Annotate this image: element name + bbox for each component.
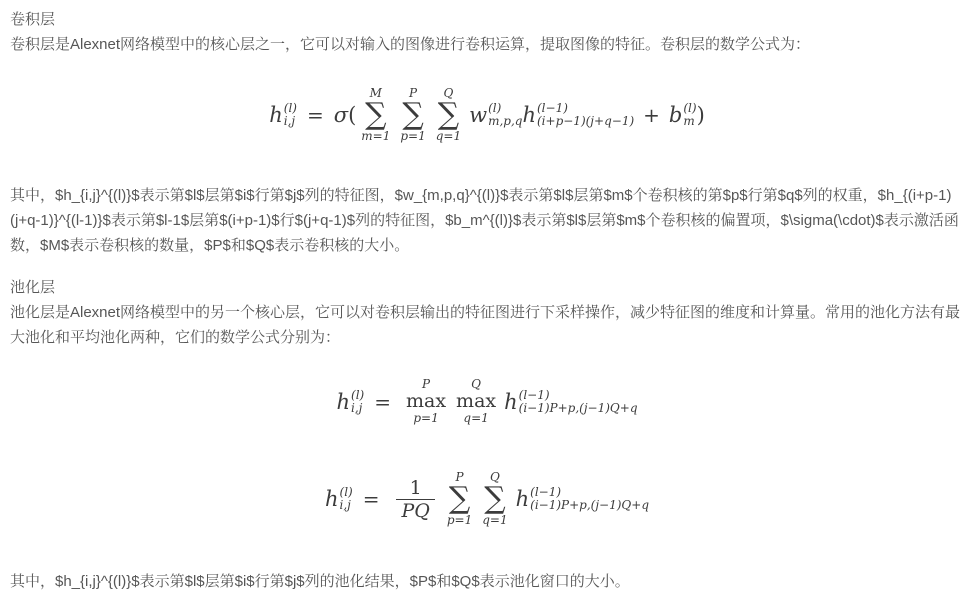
math-term-h-lhs: h (l) i,j	[336, 389, 364, 415]
math-term-h-prev: h (l−1) (i−1)P+p,(j−1)Q+q	[504, 389, 637, 415]
math-subscript: (i−1)P+p,(j−1)Q+q	[519, 402, 638, 415]
fraction-numerator: 1	[405, 477, 427, 499]
pool-section-heading: 池化层	[10, 276, 964, 300]
conv-explain-paragraph: 其中，$h_{i,j}^{(l)}$表示第$l$层第$i$行第$j$列的特征图，…	[10, 183, 964, 258]
math-subscript: m,p,q	[488, 115, 522, 128]
max-symbol: max	[456, 391, 496, 412]
math-scripts: (l−1) (i+p−1)(j+q−1)	[537, 102, 634, 128]
sum-operator-q: Q ∑ q=1	[436, 87, 461, 143]
sum-operator-p: P ∑ p=1	[447, 471, 472, 527]
fraction-denominator: PQ	[396, 499, 434, 522]
pool-explain-paragraph: 其中，$h_{i,j}^{(l)}$表示第$l$层第$i$行第$j$列的池化结果…	[10, 569, 964, 591]
sum-lower-limit: p=1	[447, 514, 472, 527]
sum-symbol: ∑	[365, 100, 386, 130]
math-term-h-prev: h (l−1) (i+p−1)(j+q−1)	[522, 102, 634, 128]
maxpool-formula-row: h (l) i,j = P max p=1 Q max q=1 h (l−1)	[336, 378, 637, 425]
math-scripts: (l) i,j	[284, 102, 297, 128]
sum-operator-m: M ∑ m=1	[361, 87, 390, 143]
math-base: h	[336, 390, 350, 414]
math-subscript: i,j	[351, 402, 362, 415]
math-scripts: (l) i,j	[340, 486, 353, 512]
math-term-weight: w (l) m,p,q	[469, 102, 522, 128]
sum-operator-q: Q ∑ q=1	[482, 471, 507, 527]
max-lower-limit: q=1	[463, 412, 488, 425]
sum-lower-limit: m=1	[361, 130, 390, 143]
sum-operator-p: P ∑ p=1	[400, 87, 425, 143]
open-paren: (	[348, 103, 356, 127]
math-term-h-lhs: h (l) i,j	[325, 486, 353, 512]
avgpool-formula-row: h (l) i,j = 1 PQ P ∑ p=1 Q ∑ q=1	[325, 471, 649, 527]
math-base: w	[469, 103, 487, 127]
article-document: 卷积层 卷积层是Alexnet网络模型中的核心层之一，它可以对输入的图像进行卷积…	[0, 0, 974, 591]
equals-sign: =	[374, 390, 391, 414]
sum-symbol: ∑	[438, 100, 459, 130]
math-subscript: m	[683, 115, 694, 128]
math-subscript: i,j	[340, 499, 351, 512]
math-base: b	[669, 103, 682, 127]
math-base: h	[325, 487, 339, 511]
math-base: h	[522, 103, 536, 127]
pool-intro-paragraph: 池化层是Alexnet网络模型中的另一个核心层，它可以对卷积层输出的特征图进行下…	[10, 300, 964, 350]
equals-sign: =	[363, 487, 380, 511]
math-base: h	[269, 103, 283, 127]
sum-lower-limit: q=1	[436, 130, 461, 143]
fraction: 1 PQ	[396, 477, 434, 522]
math-base: h	[516, 487, 530, 511]
math-subscript: i,j	[284, 115, 295, 128]
plus-sign: +	[643, 103, 660, 127]
sigma-symbol: σ	[334, 103, 348, 127]
conv-formula-row: h (l) i,j = σ ( M ∑ m=1 P ∑ p=1 Q ∑	[269, 87, 705, 143]
math-scripts: (l−1) (i−1)P+p,(j−1)Q+q	[519, 389, 638, 415]
avgpool-formula: h (l) i,j = 1 PQ P ∑ p=1 Q ∑ q=1	[10, 471, 964, 527]
math-term-bias: b (l) m	[669, 102, 697, 128]
math-superscript: (l−1)	[519, 389, 550, 402]
sum-lower-limit: p=1	[400, 130, 425, 143]
math-subscript: (i−1)P+p,(j−1)Q+q	[530, 499, 649, 512]
math-scripts: (l) i,j	[351, 389, 364, 415]
conv-section-heading: 卷积层	[10, 8, 964, 32]
conv-formula: h (l) i,j = σ ( M ∑ m=1 P ∑ p=1 Q ∑	[10, 87, 964, 143]
sum-symbol: ∑	[484, 484, 505, 514]
max-operator-q: Q max q=1	[456, 378, 496, 425]
math-base: h	[504, 390, 518, 414]
math-scripts: (l) m	[683, 102, 696, 128]
max-symbol: max	[406, 391, 446, 412]
conv-intro-paragraph: 卷积层是Alexnet网络模型中的核心层之一，它可以对输入的图像进行卷积运算，提…	[10, 32, 964, 57]
sum-lower-limit: q=1	[482, 514, 507, 527]
close-paren: )	[697, 103, 705, 127]
max-operator-p: P max p=1	[406, 378, 446, 425]
max-lower-limit: p=1	[413, 412, 438, 425]
math-scripts: (l) m,p,q	[488, 102, 522, 128]
sum-symbol: ∑	[402, 100, 423, 130]
sum-symbol: ∑	[449, 484, 470, 514]
math-scripts: (l−1) (i−1)P+p,(j−1)Q+q	[530, 486, 649, 512]
math-term-h-lhs: h (l) i,j	[269, 102, 297, 128]
math-term-h-prev: h (l−1) (i−1)P+p,(j−1)Q+q	[516, 486, 649, 512]
math-superscript: (l)	[351, 389, 364, 402]
maxpool-formula: h (l) i,j = P max p=1 Q max q=1 h (l−1)	[10, 378, 964, 425]
math-subscript: (i+p−1)(j+q−1)	[537, 115, 634, 128]
equals-sign: =	[307, 103, 324, 127]
